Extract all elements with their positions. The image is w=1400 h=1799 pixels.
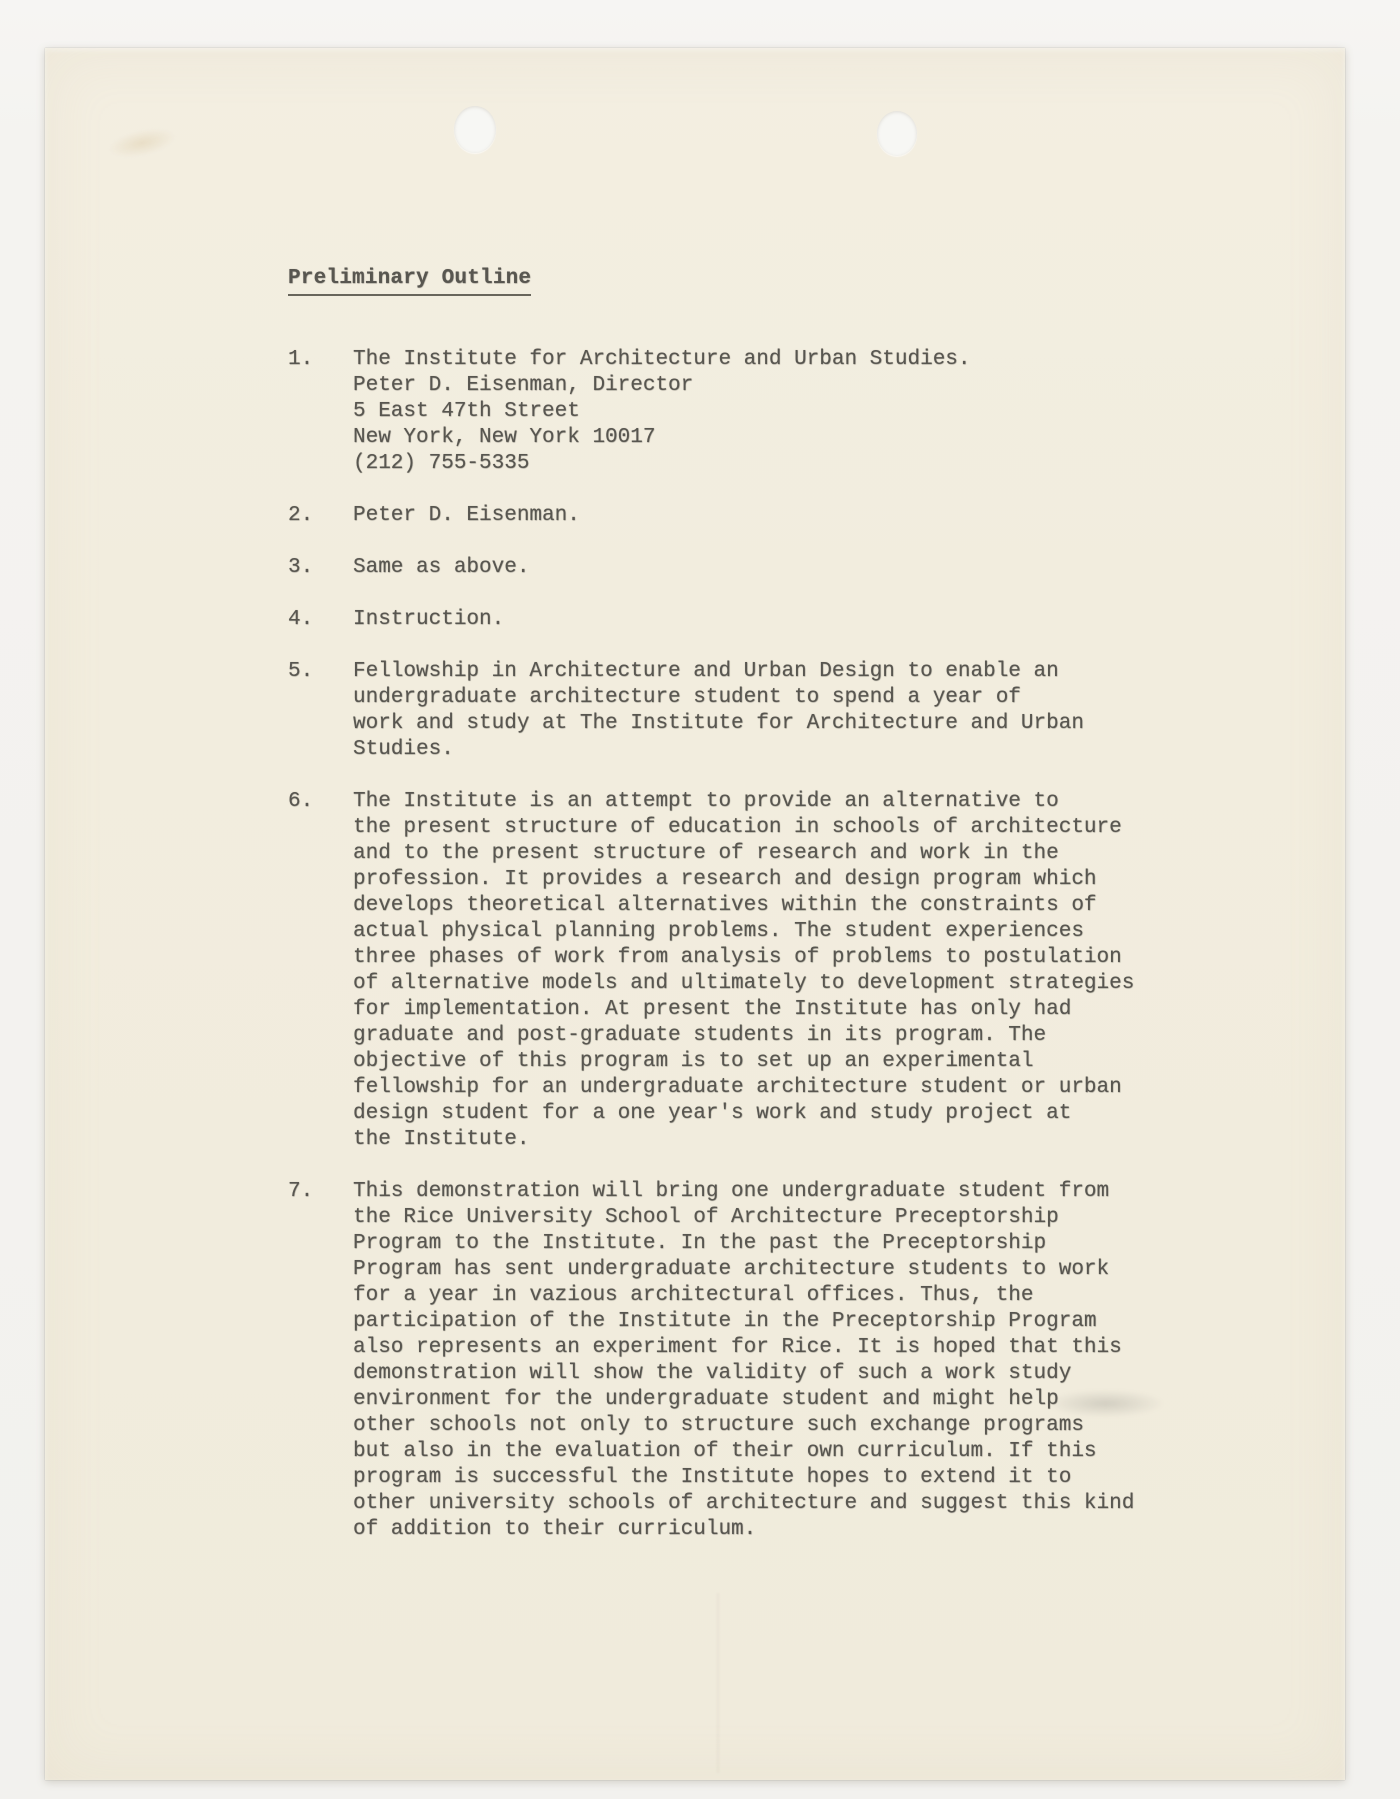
scanner-background: Preliminary Outline 1. The Institute for… [0, 0, 1400, 1799]
item-number: 4. [288, 607, 353, 633]
list-item: 5. Fellowship in Architecture and Urban … [288, 659, 1168, 763]
item-number: 2. [288, 503, 353, 529]
item-text: This demonstration will bring one underg… [353, 1179, 1153, 1543]
item-number: 1. [288, 347, 353, 477]
item-number: 3. [288, 555, 353, 581]
document-page: Preliminary Outline 1. The Institute for… [45, 48, 1345, 1780]
item-number: 6. [288, 789, 353, 1153]
hole-punch-left [454, 106, 496, 153]
page-title: Preliminary Outline [288, 266, 531, 296]
item-text: Fellowship in Architecture and Urban Des… [353, 659, 1153, 763]
list-item: 4. Instruction. [288, 607, 1168, 633]
hole-punch-right [877, 111, 917, 156]
item-number: 5. [288, 659, 353, 763]
item-number: 7. [288, 1179, 353, 1543]
list-item: 3. Same as above. [288, 555, 1168, 581]
item-text: Same as above. [353, 555, 1153, 581]
paper-stain [105, 123, 179, 163]
list-item: 1. The Institute for Architecture and Ur… [288, 347, 1168, 477]
list-item: 7. This demonstration will bring one und… [288, 1179, 1168, 1543]
typewritten-content: Preliminary Outline 1. The Institute for… [288, 266, 1168, 1569]
outline-list: 1. The Institute for Architecture and Ur… [288, 347, 1168, 1543]
item-text: The Institute for Architecture and Urban… [353, 347, 1153, 477]
list-item: 6. The Institute is an attempt to provid… [288, 789, 1168, 1153]
item-text: The Institute is an attempt to provide a… [353, 789, 1153, 1153]
item-text: Instruction. [353, 607, 1153, 633]
list-item: 2. Peter D. Eisenman. [288, 503, 1168, 529]
item-text: Peter D. Eisenman. [353, 503, 1153, 529]
paper-crease [717, 1593, 719, 1773]
